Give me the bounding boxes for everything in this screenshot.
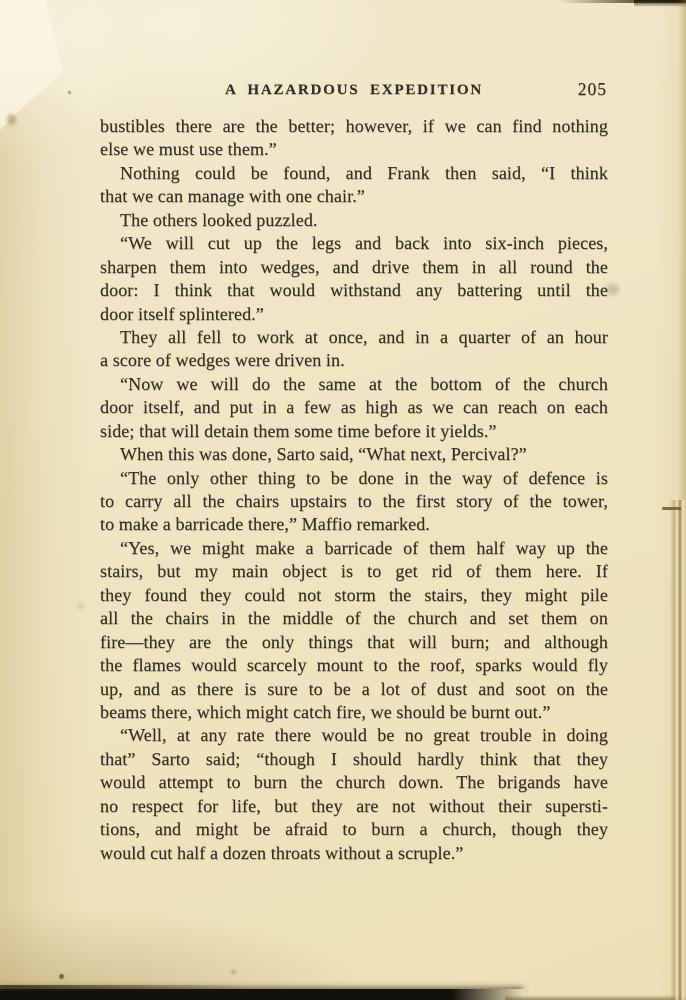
bottom-right-edge-line — [505, 995, 686, 1000]
paper-speck — [77, 603, 84, 609]
text-line: fire—they are the only things that will … — [100, 631, 608, 654]
text-line: sharpen them into wedges, and drive them… — [100, 256, 608, 279]
bottom-left-edge-shadow — [0, 985, 250, 991]
running-header-title: A HAZARDOUS EXPEDITION — [100, 82, 608, 99]
text-line: “The only other thing to be done in the … — [100, 467, 608, 490]
text-line: else we must use them.” — [100, 138, 608, 161]
paper-speck — [7, 114, 16, 125]
text-line: to make a barricade there,” Maffio remar… — [100, 513, 608, 536]
text-line: would cut half a dozen throats without a… — [100, 842, 608, 865]
page-text-column: A HAZARDOUS EXPEDITION 205 bustibles the… — [100, 82, 608, 865]
right-page-edge-line — [670, 500, 686, 1000]
text-line: bustibles there are the better; however,… — [100, 115, 608, 138]
text-line: door itself, and put in a few as high as… — [100, 396, 608, 419]
text-line: door itself splintered.” — [100, 303, 608, 326]
text-line: “Yes, we might make a barricade of them … — [100, 537, 608, 560]
text-line: all the chairs in the middle of the chur… — [100, 607, 608, 630]
text-line: “Now we will do the same at the bottom o… — [100, 373, 608, 396]
running-header: A HAZARDOUS EXPEDITION 205 — [100, 82, 608, 98]
text-line: Nothing could be found, and Frank then s… — [100, 162, 608, 185]
text-line: tions, and might be afraid to burn a chu… — [100, 818, 608, 841]
text-line: would attempt to burn the church down. T… — [100, 771, 608, 794]
paper-speck — [231, 970, 236, 974]
paper-speck — [68, 91, 71, 94]
text-line: to carry all the chairs upstairs to the … — [100, 490, 608, 513]
text-line: that we can manage with one chair.” — [100, 185, 608, 208]
right-page-edge-upper — [678, 0, 686, 500]
text-line: stairs, but my main object is to get rid… — [100, 560, 608, 583]
text-line: the flames would scarcely mount to the r… — [100, 654, 608, 677]
text-line: side; that will detain them some time be… — [100, 420, 608, 443]
text-line: “Well, at any rate there would be no gre… — [100, 724, 608, 747]
page-body-text: bustibles there are the better; however,… — [100, 115, 608, 865]
text-line: They all fell to work at once, and in a … — [100, 326, 608, 349]
text-line: a score of wedges were driven in. — [100, 349, 608, 372]
text-line: beams there, which might catch fire, we … — [100, 701, 608, 724]
text-line: When this was done, Sarto said, “What ne… — [100, 443, 608, 466]
page-number: 205 — [578, 79, 607, 100]
text-line: “We will cut up the legs and back into s… — [100, 232, 608, 255]
text-line: that” Sarto said; “though I should hardl… — [100, 748, 608, 771]
text-line: up, and as there is sure to be a lot of … — [100, 678, 608, 701]
book-page-scan: A HAZARDOUS EXPEDITION 205 bustibles the… — [0, 0, 686, 1000]
text-line: The others looked puzzled. — [100, 209, 608, 232]
text-line: they found they could not storm the stai… — [100, 584, 608, 607]
paper-speck — [59, 974, 64, 979]
text-line: no respect for life, but they are not wi… — [100, 795, 608, 818]
right-edge-tick-mark — [662, 507, 681, 510]
text-line: door: I think that would withstand any b… — [100, 279, 608, 302]
